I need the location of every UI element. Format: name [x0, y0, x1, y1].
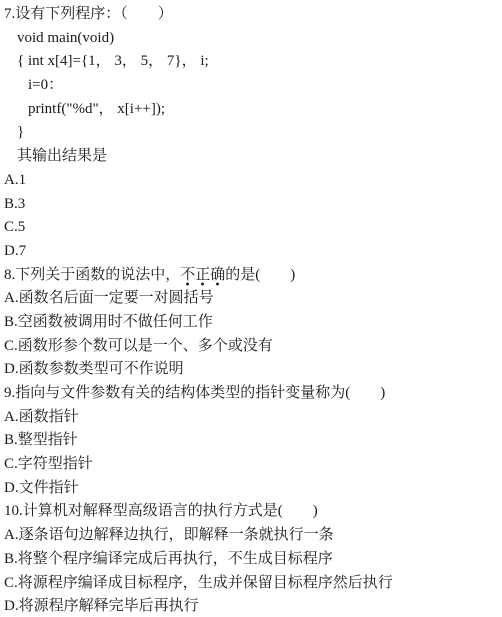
q9-option-b: B.整型指针: [4, 429, 502, 453]
q7-option-a: A.1: [4, 169, 502, 193]
q9-option-c: C.字符型指针: [4, 453, 502, 477]
q8-option-c: C.函数形参个数可以是一个、多个或没有: [4, 335, 502, 359]
question-9-title: 9.指向与文件参数有关的结构体类型的指针变量称为( ): [4, 382, 502, 406]
q10-option-a: A.逐条语句边解释边执行，即解释一条就执行一条: [4, 524, 502, 548]
q9-option-a: A.函数指针: [4, 406, 502, 430]
q7-code-line: i=0：: [28, 74, 502, 98]
question-7-title: 7.设有下列程序：（ ）: [4, 3, 502, 27]
q10-option-b: B.将整个程序编译完成后再执行，不生成目标程序: [4, 548, 502, 572]
q7-option-b: B.3: [4, 193, 502, 217]
q7-code-line: }: [17, 121, 502, 145]
question-10-title: 10.计算机对解释型高级语言的执行方式是( ): [4, 500, 502, 524]
question-8-title: 8.下列关于函数的说法中，不正确的是( ): [4, 264, 502, 288]
q7-option-d: D.7: [4, 240, 502, 264]
q8-option-a: A.函数名后面一定要一对圆括号: [4, 287, 502, 311]
q7-prompt: 其输出结果是: [17, 145, 502, 169]
q7-option-c: C.5: [4, 216, 502, 240]
q7-code-line: void main(void): [17, 27, 502, 51]
q8-option-d: D.函数参数类型可不作说明: [4, 358, 502, 382]
q10-option-d: D.将源程序解释完毕后再执行: [4, 595, 502, 617]
q7-code-line: printf("%d"， x[i++]);: [28, 98, 502, 122]
exam-page: 7.设有下列程序：（ ） void main(void) { int x[4]=…: [0, 0, 502, 617]
q8-title-pre: 8.下列关于函数的说法中，: [4, 267, 180, 283]
q10-option-c: C.将源程序编译成目标程序，生成并保留目标程序然后执行: [4, 572, 502, 596]
q8-option-b: B.空函数被调用时不做任何工作: [4, 311, 502, 335]
q9-option-d: D.文件指针: [4, 477, 502, 501]
q7-code-line: { int x[4]={1， 3， 5， 7}， i;: [17, 50, 502, 74]
q8-title-post: 的是( ): [225, 267, 295, 283]
q8-title-emphasized: 不正确: [180, 267, 225, 286]
